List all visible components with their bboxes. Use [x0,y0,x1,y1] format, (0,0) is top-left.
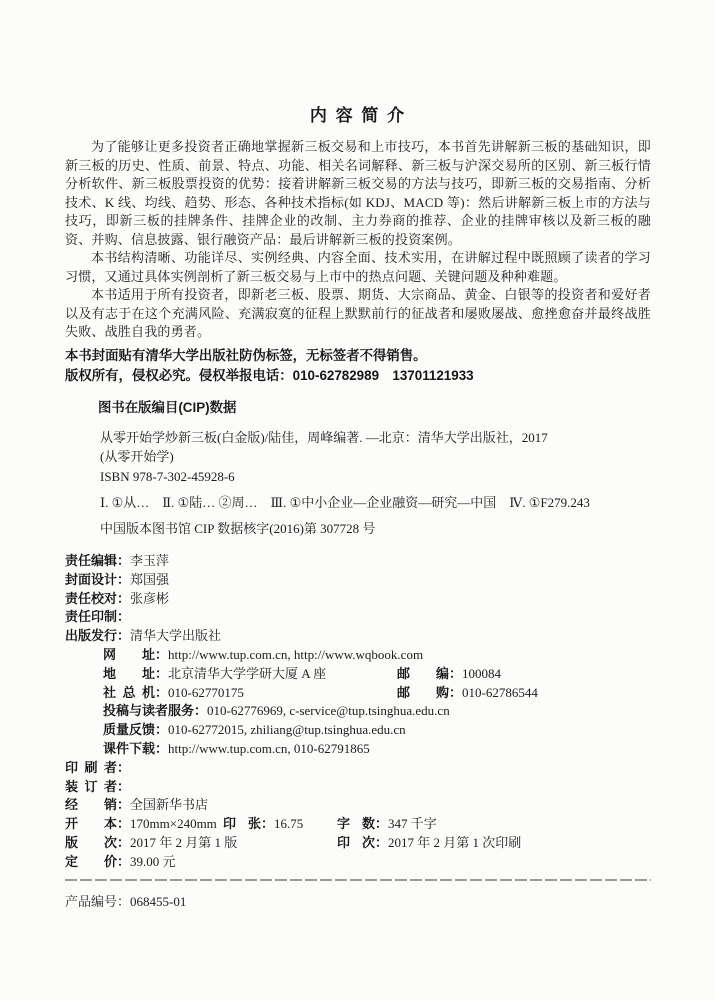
edition-row: 版次：2017 年 2 月第 1 版印次：2017 年 2 月第 1 次印刷 [65,834,651,853]
dashed-divider [65,879,651,881]
cip-entry-block: 从零开始学炒新三板(白金版)/陆佳，周峰编著. —北京：清华大学出版社，2017… [100,428,651,487]
field-label: 字数 [337,815,375,834]
staff-row-print-supervisor: 责任印制： [65,608,651,627]
format-value: 170mm×240mm [130,816,217,831]
binder-row: 装订者： [65,778,651,797]
colon: ： [375,835,388,850]
sheets-value: 16.75 [274,816,303,831]
notice-line-copyright: 版权所有，侵权必究。侵权举报电话：010-62782989 1370112193… [65,366,651,386]
notice-line-security-label: 本书封面贴有清华大学出版社防伪标签，无标签者不得销售。 [65,346,651,366]
field-label: 装订者 [65,778,117,797]
colon: ： [117,628,130,643]
reader-service-cell: 投稿与读者服务：010-62776969, c-service@tup.tsin… [103,702,450,721]
quality-feedback-row: 质量反馈：010-62772015, zhiliang@tup.tsinghua… [65,721,651,740]
field-label: 社总机 [103,684,155,703]
colon: ： [117,854,130,869]
quality-feedback-value: 010-62772015, zhiliang@tup.tsinghua.edu.… [168,722,406,737]
field-label: 责任印制 [65,608,117,627]
colon: ： [117,609,130,624]
mail-order-cell: 邮购：010-62786544 [397,684,538,703]
publisher-name: 清华大学出版社 [130,628,221,643]
word-count-value: 347 千字 [388,816,437,831]
intro-paragraph-2: 本书结构清晰、功能详尽、实例经典、内容全面、技术实用，在讲解过程中既照顾了读者的… [65,249,651,286]
field-label: 出版发行 [65,627,117,646]
field-value: 全国新华书店 [130,797,208,812]
reader-service-row: 投稿与读者服务：010-62776969, c-service@tup.tsin… [65,702,651,721]
cip-series-line: (从零开始学) [100,447,651,467]
field-label: 定价 [65,853,117,872]
colon: ： [155,647,168,662]
field-label: 投稿与读者服务 [103,703,194,718]
word-count-cell: 字数：347 千字 [337,815,437,834]
field-label: 质量反馈 [103,722,155,737]
price-row: 定价：39.00 元 [65,853,651,872]
courseware-download-row: 课件下载：http://www.tup.com.cn, 010-62791865 [65,740,651,759]
cip-isbn: ISBN 978-7-302-45928-6 [100,467,651,487]
publisher-website-row: 网址：http://www.tup.com.cn, http://www.wqb… [65,646,651,665]
field-label: 开本 [65,815,117,834]
reader-service-value: 010-62776969, c-service@tup.tsinghua.edu… [207,703,450,718]
intro-section: 为了能够让更多投资者正确地掌握新三板交易和上市技巧，本书首先讲解新三板的基础知识… [65,138,651,342]
courseware-cell: 课件下载：http://www.tup.com.cn, 010-62791865 [103,740,370,759]
field-label: 地址 [103,665,155,684]
colon: ： [155,722,168,737]
colon: ： [117,760,130,775]
colon: ： [155,685,168,700]
page-title: 内 容 简 介 [65,104,651,128]
field-label: 版次 [65,834,117,853]
colon: ： [449,666,462,681]
field-label: 邮购 [397,684,449,703]
publisher-switchboard-row: 社总机：010-62770175邮购：010-62786544 [65,684,651,703]
colon: ： [117,591,130,606]
product-number-line: 产品编号：068455-01 [65,892,651,912]
product-label: 产品编号 [65,894,117,909]
field-label: 责任编辑 [65,552,117,571]
publisher-address-row: 地址：北京清华大学学研大厦 A 座邮编：100084 [65,665,651,684]
field-label: 印次 [337,834,375,853]
website-cell: 网址：http://www.tup.com.cn, http://www.wqb… [103,646,423,665]
field-label: 封面设计 [65,571,117,590]
field-label: 网址 [103,646,155,665]
field-label: 印张 [223,815,261,834]
sheets-cell: 印张：16.75 [223,815,337,834]
colon: ： [117,779,130,794]
cip-record-number: 中国版本图书馆 CIP 数据核字(2016)第 307728 号 [100,519,651,539]
intro-paragraph-3: 本书适用于所有投资者，即新老三板、股票、期货、大宗商品、黄金、白银等的投资者和爱… [65,286,651,342]
product-value: 068455-01 [130,894,186,909]
colon: ： [117,553,130,568]
colon: ： [449,685,462,700]
postcode-value: 100084 [462,666,501,681]
quality-feedback-cell: 质量反馈：010-62772015, zhiliang@tup.tsinghua… [103,721,406,740]
colon: ： [117,797,130,812]
staff-row-cover-design: 封面设计：郑国强 [65,571,651,590]
website-urls: http://www.tup.com.cn, http://www.wqbook… [168,647,423,662]
staff-row-proofreader: 责任校对：张彦彬 [65,590,651,609]
colon: ： [155,666,168,681]
edition-cell: 版次：2017 年 2 月第 1 版 [65,834,337,853]
colon: ： [117,894,130,909]
impression-cell: 印次：2017 年 2 月第 1 次印刷 [337,834,521,853]
cip-section: 图书在版编目(CIP)数据 从零开始学炒新三板(白金版)/陆佳，周峰编著. —北… [65,398,651,539]
cip-entry-line: 从零开始学炒新三板(白金版)/陆佳，周峰编著. —北京：清华大学出版社，2017 [100,428,651,448]
colon: ： [375,816,388,831]
field-label: 经销 [65,796,117,815]
address-cell: 地址：北京清华大学学研大厦 A 座 [103,665,397,684]
intro-paragraph-1: 为了能够让更多投资者正确地掌握新三板交易和上市技巧，本书首先讲解新三板的基础知识… [65,138,651,249]
field-value: 郑国强 [130,572,169,587]
anti-piracy-notice: 本书封面贴有清华大学出版社防伪标签，无标签者不得销售。 版权所有，侵权必究。侵权… [65,346,651,386]
cip-heading: 图书在版编目(CIP)数据 [98,398,651,418]
distributor-row: 经销：全国新华书店 [65,796,651,815]
printer-row: 印刷者： [65,759,651,778]
publisher-row: 出版发行：清华大学出版社 [65,627,651,646]
colon: ： [117,816,130,831]
price-value: 39.00 元 [130,854,176,869]
field-label: 课件下载 [103,740,155,759]
colon: ： [261,816,274,831]
cip-classification: Ⅰ. ①从… Ⅱ. ①陆… ②周… Ⅲ. ①中小企业—企业融资—研究—中国 Ⅳ.… [100,493,651,513]
field-value: 李玉萍 [130,553,169,568]
colon: ： [117,835,130,850]
colon: ： [117,572,130,587]
courseware-value: http://www.tup.com.cn, 010-62791865 [168,741,370,756]
field-label: 邮编 [397,665,449,684]
switchboard-cell: 社总机：010-62770175 [103,684,397,703]
colon: ： [194,703,207,718]
switchboard-value: 010-62770175 [168,685,244,700]
edition-value: 2017 年 2 月第 1 版 [130,835,237,850]
colon: ： [155,741,168,756]
book-copyright-page: 内 容 简 介 为了能够让更多投资者正确地掌握新三板交易和上市技巧，本书首先讲解… [65,0,651,912]
address-value: 北京清华大学学研大厦 A 座 [168,666,326,681]
staff-row-editor: 责任编辑：李玉萍 [65,552,651,571]
colophon-section: 责任编辑：李玉萍 封面设计：郑国强 责任校对：张彦彬 责任印制： 出版发行：清华… [65,552,651,872]
postcode-cell: 邮编：100084 [397,665,501,684]
field-label: 责任校对 [65,590,117,609]
impression-value: 2017 年 2 月第 1 次印刷 [388,835,521,850]
field-label: 印刷者 [65,759,117,778]
mail-order-value: 010-62786544 [462,685,538,700]
field-value: 张彦彬 [130,591,169,606]
format-row: 开本：170mm×240mm印张：16.75字数：347 千字 [65,815,651,834]
format-cell: 开本：170mm×240mm [65,815,223,834]
